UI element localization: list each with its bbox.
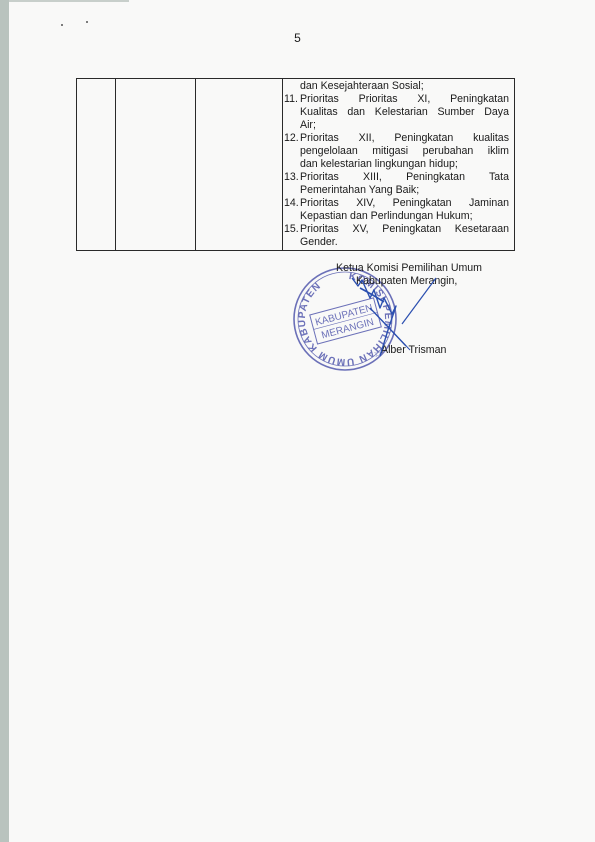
list-item: 12. Prioritas XII, Peningkatan kualitas … xyxy=(284,132,509,171)
item-line: Air; xyxy=(300,119,509,132)
item-line: Kepastian dan Perlindungan Hukum; xyxy=(300,210,509,223)
continuation-text: dan Kesejahteraan Sosial; xyxy=(284,80,509,93)
page-number: 5 xyxy=(0,31,595,45)
item-number: 13. xyxy=(284,171,300,197)
item-number: 15. xyxy=(284,223,300,249)
item-line: Prioritas Prioritas XI, Peningkatan xyxy=(300,93,509,106)
scan-speck xyxy=(61,24,63,26)
item-line: Pemerintahan Yang Baik; xyxy=(300,184,509,197)
item-line: Prioritas XII, Peningkatan kualitas xyxy=(300,132,509,145)
handwritten-signature xyxy=(340,268,440,368)
scan-edge xyxy=(0,0,9,842)
column-divider xyxy=(115,79,116,250)
priority-table: dan Kesejahteraan Sosial; 11. Prioritas … xyxy=(76,78,515,251)
scan-speck xyxy=(86,21,88,23)
item-line: Kualitas dan Kelestarian Sumber Daya xyxy=(300,106,509,119)
item-line: Prioritas XIV, Peningkatan Jaminan xyxy=(300,197,509,210)
item-number: 14. xyxy=(284,197,300,223)
item-line: Prioritas XV, Peningkatan Kesetaraan xyxy=(300,223,509,236)
item-number: 11. xyxy=(284,93,300,132)
scan-shadow xyxy=(9,0,129,2)
list-item: 11. Prioritas Prioritas XI, Peningkatan … xyxy=(284,93,509,132)
column-divider xyxy=(282,79,283,250)
item-line: pengelolaan mitigasi perubahan iklim xyxy=(300,145,509,158)
priority-list-cell: dan Kesejahteraan Sosial; 11. Prioritas … xyxy=(284,80,509,249)
list-item: 13. Prioritas XIII, Peningkatan Tata Pem… xyxy=(284,171,509,197)
item-line: dan kelestarian lingkungan hidup; xyxy=(300,158,509,171)
item-line: Gender. xyxy=(300,236,509,249)
list-item: 15. Prioritas XV, Peningkatan Kesetaraan… xyxy=(284,223,509,249)
list-item: 14. Prioritas XIV, Peningkatan Jaminan K… xyxy=(284,197,509,223)
item-number: 12. xyxy=(284,132,300,171)
column-divider xyxy=(195,79,196,250)
item-line: Prioritas XIII, Peningkatan Tata xyxy=(300,171,509,184)
